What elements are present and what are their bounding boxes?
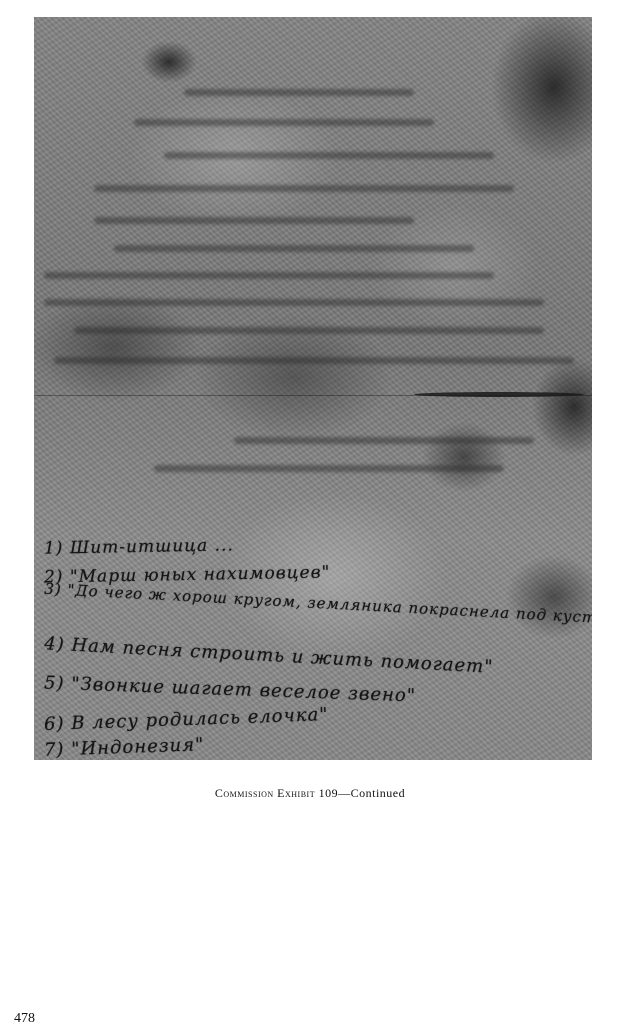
page-number: 478 [14,1011,35,1027]
list-number: 6) [44,713,65,735]
list-number: 5) [44,673,65,695]
faded-handwriting-line [94,185,514,192]
faded-handwriting-line [74,327,544,334]
faded-handwriting-line [184,89,414,96]
faded-handwriting-line [114,245,474,252]
list-number: 7) [44,739,65,760]
list-text: "Звонкие шагает веселое звено" [71,673,416,706]
caption-suffix: —Continued [338,786,405,800]
list-item: 1) Шит-итшица ... [44,535,234,558]
exhibit-caption: Commission Exhibit 109—Continued [0,786,620,801]
list-number: 3) [44,580,62,599]
list-text: Нам песня строить и жить помогает" [71,635,494,678]
list-item: 7) "Индонезия" [44,734,205,760]
faded-handwriting-line [154,465,504,472]
faded-handwriting-line [44,272,494,279]
list-item: 3) "До чего ж хорош кругом, земляника по… [44,580,592,629]
faded-handwriting-line [54,357,574,364]
caption-label: Commission Exhibit [215,786,315,800]
exhibit-photograph: 1) Шит-итшица ... 2) "Марш юных нахимовц… [34,17,592,760]
list-number: 4) [44,633,66,655]
list-item: 4) Нам песня строить и жить помогает" [44,633,494,678]
list-number: 1) [44,538,64,558]
list-text: "Индонезия" [71,734,205,760]
caption-number: 109 [319,786,339,800]
list-item: 5) "Звонкие шагает веселое звено" [44,673,417,707]
list-text: "До чего ж хорош кругом, земляника покра… [67,581,592,628]
faded-handwriting-line [94,217,414,224]
paper-crease [414,392,584,397]
list-item: 6) В лесу родилась елочка" [44,704,329,735]
faded-handwriting-line [134,119,434,126]
list-text: В лесу родилась елочка" [71,704,329,734]
faded-handwriting-line [234,437,534,444]
faded-handwriting-line [44,299,544,306]
list-text: Шит-итшица ... [70,535,234,558]
faded-handwriting-line [164,152,494,159]
